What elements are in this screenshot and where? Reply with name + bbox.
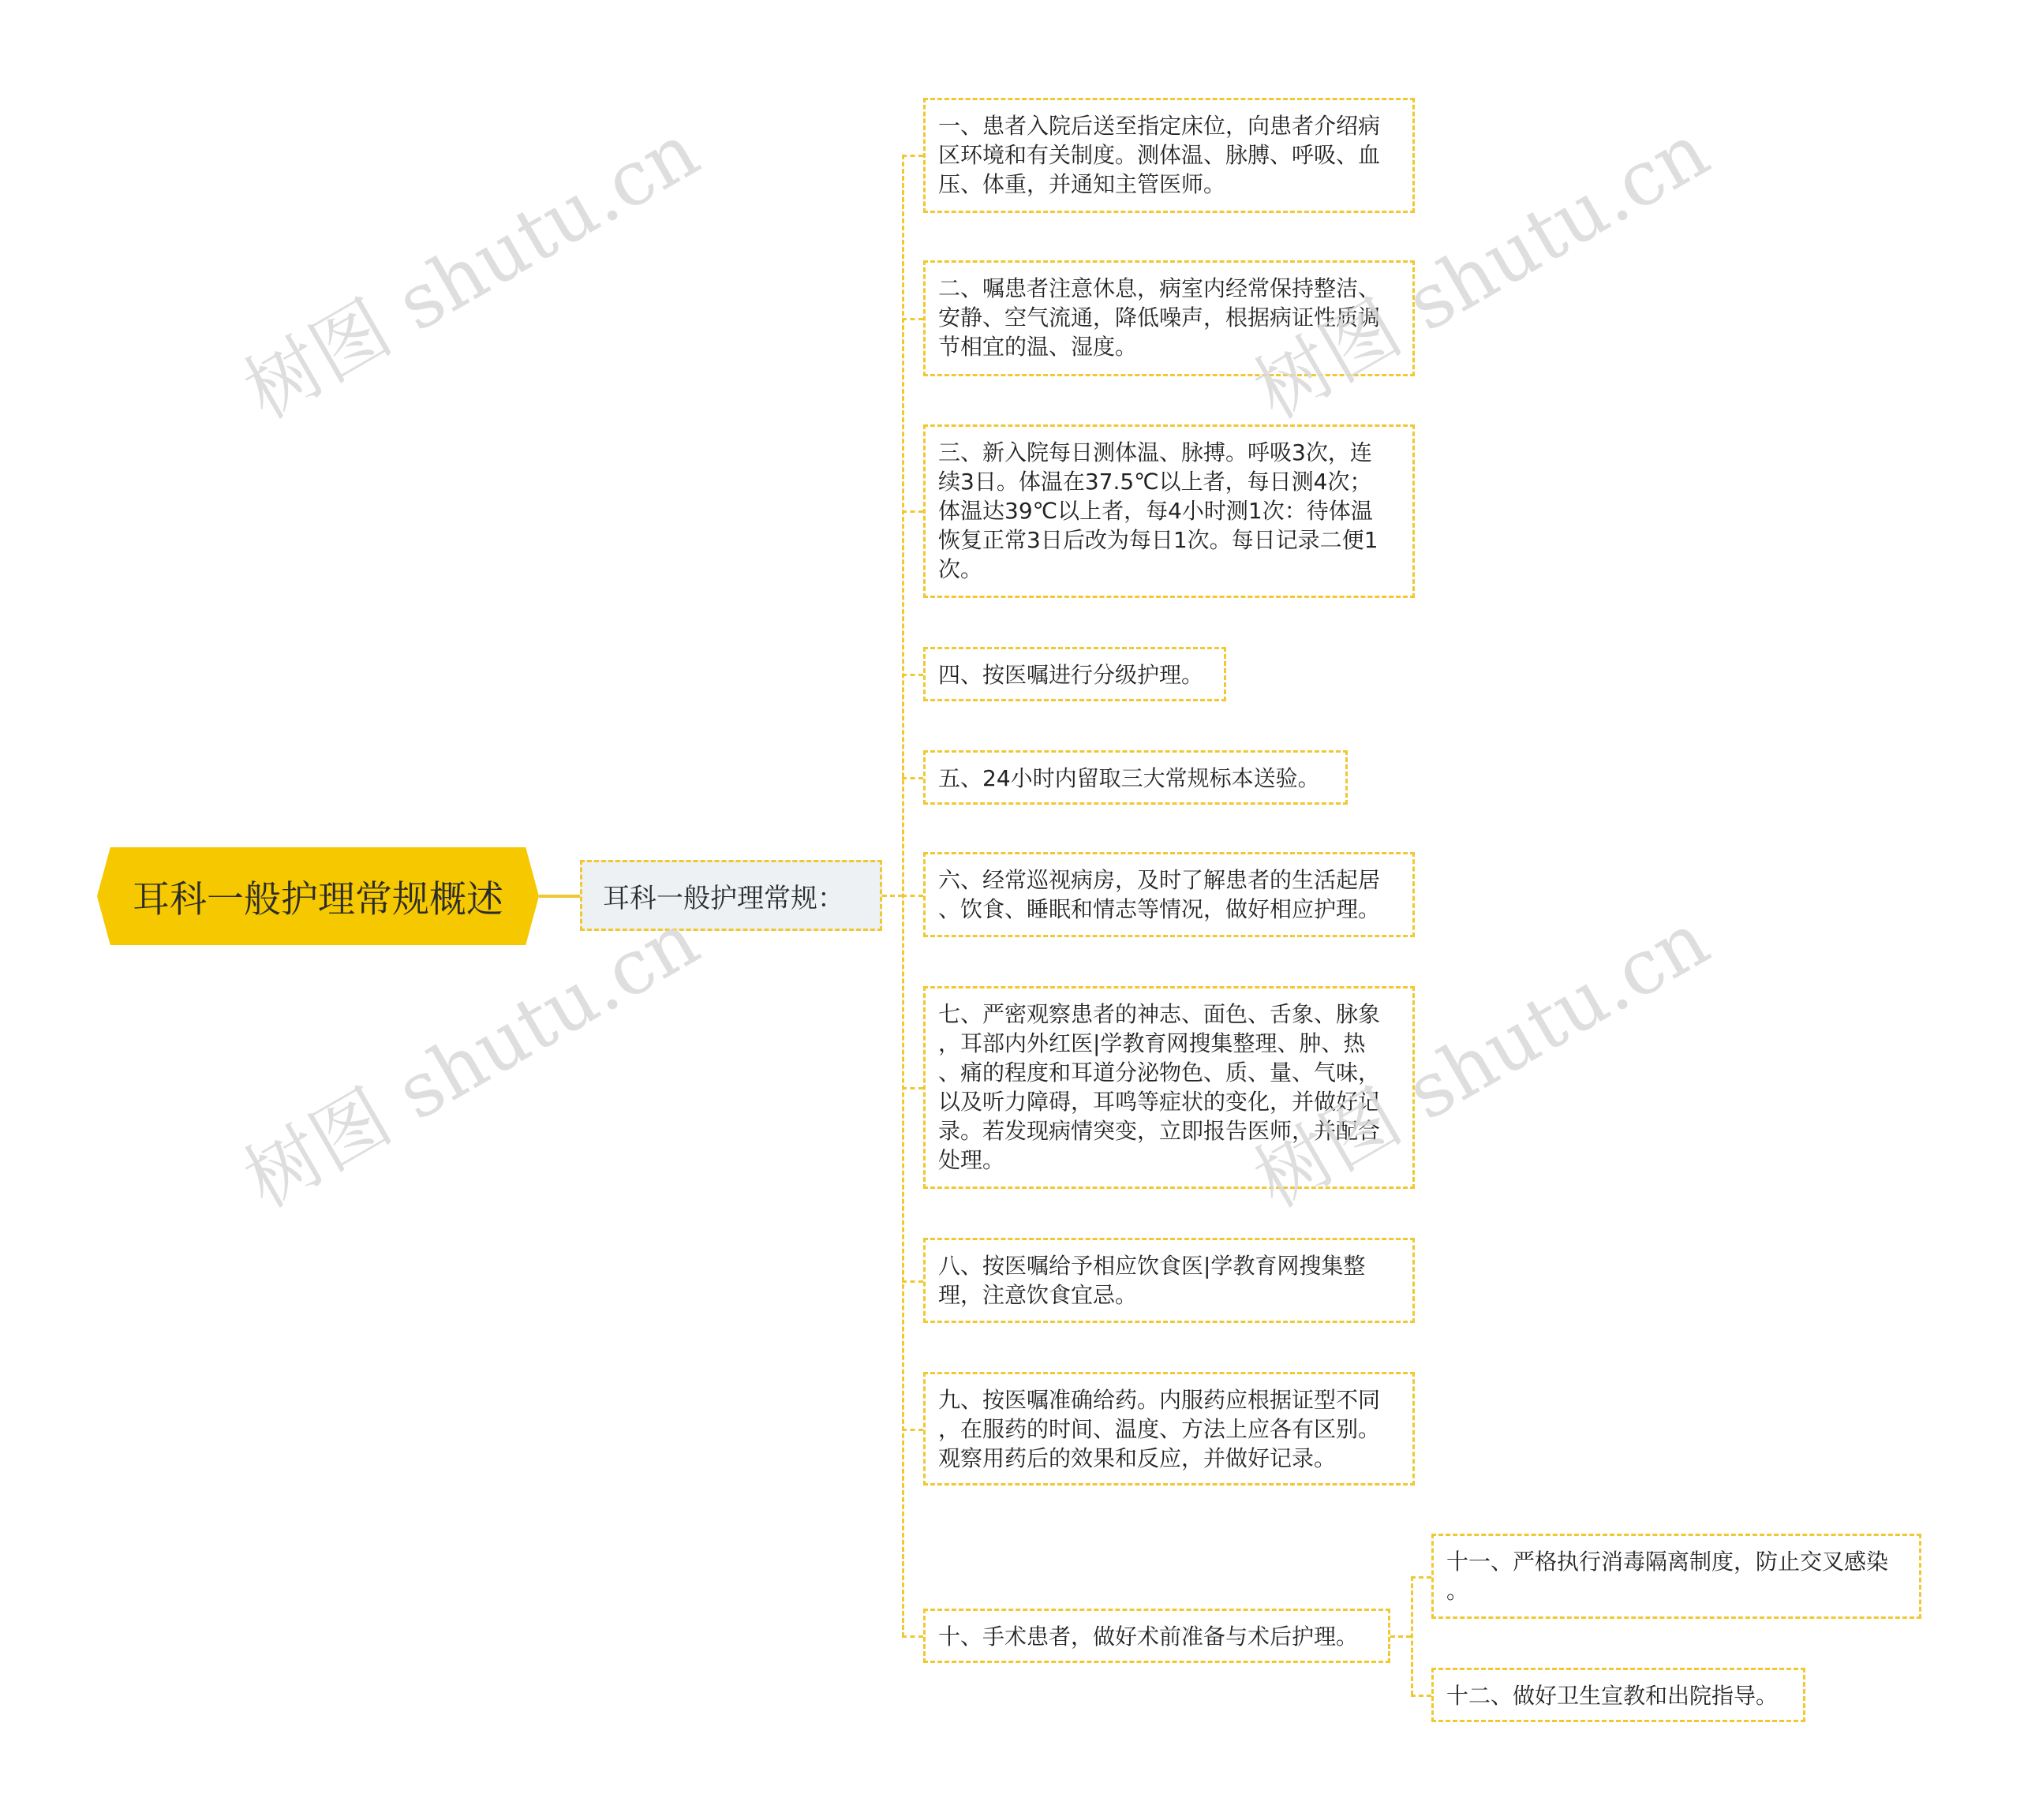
connector-item-5 <box>902 777 923 779</box>
connector-item-4 <box>902 674 923 676</box>
sub-list-item-label: 十一、严格执行消毒隔离制度，防止交叉感染 。 <box>1446 1549 1888 1604</box>
connector-branch-trunk <box>882 895 903 897</box>
connector-item-1 <box>902 155 923 157</box>
connector-root-branch <box>539 895 580 898</box>
list-item-label: 八、按医嘱给予相应饮食医|学教育网搜集整 理，注意饮食宜忌。 <box>938 1253 1365 1308</box>
list-item[interactable]: 七、严密观察患者的神志、面色、舌象、脉象 ，耳部内外红医|学教育网搜集整理、肿、… <box>923 986 1415 1189</box>
list-item[interactable]: 一、患者入院后送至指定床位，向患者介绍病 区环境和有关制度。测体温、脉膊、呼吸、… <box>923 98 1415 213</box>
connector-item-12 <box>1411 1695 1431 1697</box>
list-item-label: 七、严密观察患者的神志、面色、舌象、脉象 ，耳部内外红医|学教育网搜集整理、肿、… <box>938 1001 1380 1173</box>
list-item-label: 三、新入院每日测体温、脉搏。呼吸3次，连 续3日。体温在37.5℃以上者，每日测… <box>938 439 1378 582</box>
root-node-label: 耳科一般护理常规概述 <box>133 870 503 923</box>
connector-item-10 <box>902 1635 923 1638</box>
connector-item-6 <box>902 895 923 897</box>
list-item-label: 九、按医嘱准确给药。内服药应根据证型不同 ，在服药的时间、温度、方法上应各有区别… <box>938 1387 1380 1471</box>
list-item[interactable]: 八、按医嘱给予相应饮食医|学教育网搜集整 理，注意饮食宜忌。 <box>923 1238 1415 1323</box>
connector-item-10-trunk <box>1411 1576 1413 1695</box>
list-item[interactable]: 三、新入院每日测体温、脉搏。呼吸3次，连 续3日。体温在37.5℃以上者，每日测… <box>923 424 1415 598</box>
watermark: 树图 shutu.cn <box>223 92 715 439</box>
connector-item-2 <box>902 318 923 320</box>
root-node[interactable]: 耳科一般护理常规概述 <box>97 847 539 945</box>
list-item-label: 一、患者入院后送至指定床位，向患者介绍病 区环境和有关制度。测体温、脉膊、呼吸、… <box>938 113 1380 197</box>
list-item[interactable]: 五、24小时内留取三大常规标本送验。 <box>923 750 1348 805</box>
list-item[interactable]: 二、嘱患者注意休息，病室内经常保持整洁、 安静、空气流通，降低噪声，根据病证性质… <box>923 260 1415 376</box>
connector-item-9 <box>902 1429 923 1431</box>
branch-node-label: 耳科一般护理常规： <box>603 876 844 915</box>
sub-list-item[interactable]: 十一、严格执行消毒隔离制度，防止交叉感染 。 <box>1431 1534 1921 1619</box>
list-item[interactable]: 四、按医嘱进行分级护理。 <box>923 647 1226 701</box>
list-item-label: 二、嘱患者注意休息，病室内经常保持整洁、 安静、空气流通，降低噪声，根据病证性质… <box>938 275 1380 360</box>
connector-item-7 <box>902 1087 923 1089</box>
list-item-label: 四、按医嘱进行分级护理。 <box>938 662 1203 688</box>
connector-item-3 <box>902 510 923 513</box>
connector-item-10-out <box>1390 1635 1411 1638</box>
connector-item-8 <box>902 1280 923 1283</box>
list-item-label: 五、24小时内留取三大常规标本送验。 <box>938 765 1320 791</box>
list-item-label: 十、手术患者，做好术前准备与术后护理。 <box>938 1624 1358 1650</box>
sub-list-item-label: 十二、做好卫生宣教和出院指导。 <box>1446 1683 1778 1709</box>
list-item[interactable]: 六、经常巡视病房，及时了解患者的生活起居 、饮食、睡眠和情志等情况，做好相应护理… <box>923 852 1415 937</box>
list-item-label: 六、经常巡视病房，及时了解患者的生活起居 、饮食、睡眠和情志等情况，做好相应护理… <box>938 867 1380 922</box>
connector-item-11 <box>1411 1576 1431 1579</box>
sub-list-item[interactable]: 十二、做好卫生宣教和出院指导。 <box>1431 1668 1805 1722</box>
list-item[interactable]: 十、手术患者，做好术前准备与术后护理。 <box>923 1609 1390 1663</box>
branch-node[interactable]: 耳科一般护理常规： <box>580 860 882 931</box>
list-item[interactable]: 九、按医嘱准确给药。内服药应根据证型不同 ，在服药的时间、温度、方法上应各有区别… <box>923 1372 1415 1486</box>
